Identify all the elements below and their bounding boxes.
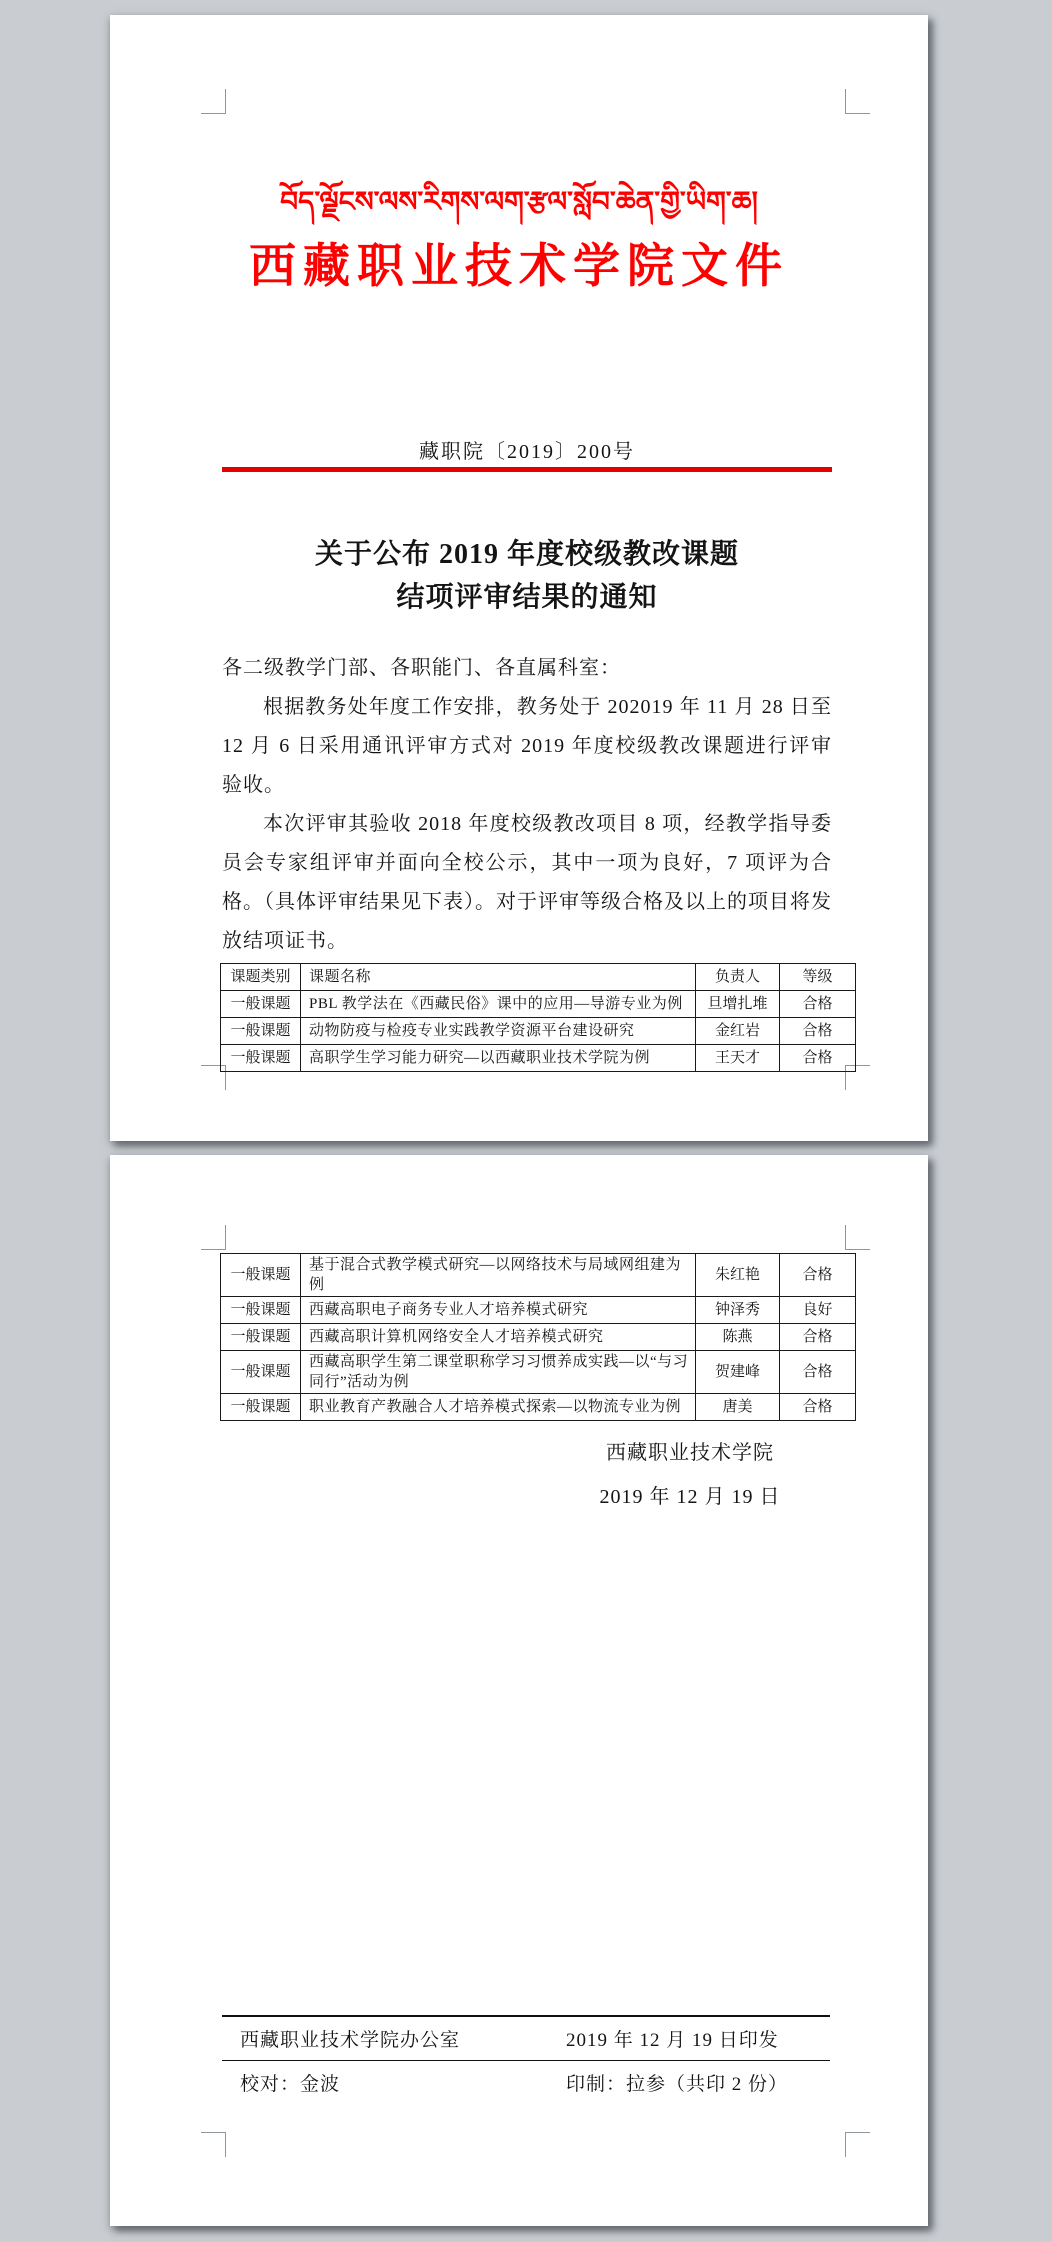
margin-mark-bottom-right-icon [845, 2132, 870, 2157]
cell-category: 一般课题 [221, 1297, 301, 1324]
table-row: 一般课题 西藏高职计算机网络安全人才培养模式研究 陈燕 合格 [221, 1324, 856, 1351]
results-table-page1: 课题类别 课题名称 负责人 等级 一般课题 PBL 教学法在《西藏民俗》课中的应… [220, 963, 856, 1072]
cell-category: 一般课题 [221, 991, 301, 1018]
red-divider-rule [222, 467, 832, 472]
document-page-2: 一般课题 基于混合式教学模式研究—以网络技术与局域网组建为例 朱红艳 合格 一般… [110, 1155, 928, 2226]
margin-mark-top-left-icon [201, 89, 226, 114]
table-row: 一般课题 西藏高职电子商务专业人才培养模式研究 钟泽秀 良好 [221, 1297, 856, 1324]
cell-grade: 合格 [780, 991, 856, 1018]
cell-name: 西藏高职电子商务专业人才培养模式研究 [301, 1297, 696, 1324]
tibetan-header: བོད་ལྗོངས་ལས་རིགས་ལག་རྩལ་སློབ་ཆེན་གྱི་ཡི… [162, 185, 876, 219]
cell-leader: 王天才 [696, 1045, 780, 1072]
cell-grade: 良好 [780, 1297, 856, 1324]
margin-mark-top-right-icon [845, 1225, 870, 1250]
signature-block: 西藏职业技术学院 2019 年 12 月 19 日 [540, 1431, 840, 1519]
body-text: 各二级教学门部、各职能门、各直属科室： 根据教务处年度工作安排，教务处于 202… [222, 649, 832, 961]
cell-name: 动物防疫与检疫专业实践教学资源平台建设研究 [301, 1018, 696, 1045]
cell-category: 一般课题 [221, 1254, 301, 1297]
results-table-page2: 一般课题 基于混合式教学模式研究—以网络技术与局域网组建为例 朱红艳 合格 一般… [220, 1253, 856, 1421]
table-row: 一般课题 高职学生学习能力研究—以西藏职业技术学院为例 王天才 合格 [221, 1045, 856, 1072]
signature-org: 西藏职业技术学院 [540, 1431, 840, 1475]
document-viewer-canvas: { "colors": { "header_red": "#ff0000", "… [0, 0, 1052, 2242]
table-row: 一般课题 职业教育产教融合人才培养模式探索—以物流专业为例 唐美 合格 [221, 1394, 856, 1421]
cell-grade: 合格 [780, 1324, 856, 1351]
paragraph-1: 根据教务处年度工作安排，教务处于 202019 年 11 月 28 日至 12 … [222, 688, 832, 805]
cell-leader: 朱红艳 [696, 1254, 780, 1297]
org-letterhead-title: 西藏职业技术学院文件 [162, 239, 876, 295]
margin-mark-bottom-left-icon [201, 2132, 226, 2157]
cell-leader: 唐美 [696, 1394, 780, 1421]
table-header-row: 课题类别 课题名称 负责人 等级 [221, 964, 856, 991]
document-page-1: བོད་ལྗོངས་ལས་རིགས་ལག་རྩལ་སློབ་ཆེན་གྱི་ཡི… [110, 15, 928, 1141]
footer-proofread: 校对：金波 [240, 2069, 566, 2096]
cell-leader: 贺建峰 [696, 1351, 780, 1394]
cell-name: 高职学生学习能力研究—以西藏职业技术学院为例 [301, 1045, 696, 1072]
table-row: 一般课题 动物防疫与检疫专业实践教学资源平台建设研究 金红岩 合格 [221, 1018, 856, 1045]
doc-title-line2: 结项评审结果的通知 [202, 576, 852, 619]
document-footer: 西藏职业技术学院办公室 2019 年 12 月 19 日印发 校对：金波 印制：… [222, 2015, 830, 2104]
cell-category: 一般课题 [221, 1018, 301, 1045]
footer-print-info: 印制：拉参（共印 2 份） [566, 2069, 828, 2096]
header-category: 课题类别 [221, 964, 301, 991]
doc-number: 藏职院〔2019〕200号 [222, 435, 832, 464]
cell-category: 一般课题 [221, 1394, 301, 1421]
cell-leader: 旦增扎堆 [696, 991, 780, 1018]
salutation: 各二级教学门部、各职能门、各直属科室： [222, 649, 832, 688]
header-grade: 等级 [780, 964, 856, 991]
cell-category: 一般课题 [221, 1351, 301, 1394]
table-row: 一般课题 西藏高职学生第二课堂职称学习习惯养成实践—以“与习同行”活动为例 贺建… [221, 1351, 856, 1394]
cell-name: 职业教育产教融合人才培养模式探索—以物流专业为例 [301, 1394, 696, 1421]
footer-row-2: 校对：金波 印制：拉参（共印 2 份） [222, 2061, 830, 2104]
cell-category: 一般课题 [221, 1045, 301, 1072]
margin-mark-top-left-icon [201, 1225, 226, 1250]
signature-date: 2019 年 12 月 19 日 [540, 1475, 840, 1519]
cell-name: 西藏高职学生第二课堂职称学习习惯养成实践—以“与习同行”活动为例 [301, 1351, 696, 1394]
cell-grade: 合格 [780, 1394, 856, 1421]
table-row: 一般课题 PBL 教学法在《西藏民俗》课中的应用—导游专业为例 旦增扎堆 合格 [221, 991, 856, 1018]
cell-name: 基于混合式教学模式研究—以网络技术与局域网组建为例 [301, 1254, 696, 1297]
cell-grade: 合格 [780, 1351, 856, 1394]
doc-title-line1: 关于公布 2019 年度校级教改课题 [202, 533, 852, 576]
cell-leader: 钟泽秀 [696, 1297, 780, 1324]
cell-grade: 合格 [780, 1018, 856, 1045]
margin-mark-top-right-icon [845, 89, 870, 114]
footer-office: 西藏职业技术学院办公室 [240, 2025, 566, 2052]
footer-row-1: 西藏职业技术学院办公室 2019 年 12 月 19 日印发 [222, 2017, 830, 2061]
table-row: 一般课题 基于混合式教学模式研究—以网络技术与局域网组建为例 朱红艳 合格 [221, 1254, 856, 1297]
cell-name: 西藏高职计算机网络安全人才培养模式研究 [301, 1324, 696, 1351]
cell-name: PBL 教学法在《西藏民俗》课中的应用—导游专业为例 [301, 991, 696, 1018]
cell-leader: 金红岩 [696, 1018, 780, 1045]
paragraph-2: 本次评审其验收 2018 年度校级教改项目 8 项，经教学指导委员会专家组评审并… [222, 805, 832, 961]
doc-title: 关于公布 2019 年度校级教改课题 结项评审结果的通知 [202, 533, 852, 619]
header-leader: 负责人 [696, 964, 780, 991]
cell-leader: 陈燕 [696, 1324, 780, 1351]
cell-category: 一般课题 [221, 1324, 301, 1351]
header-name: 课题名称 [301, 964, 696, 991]
cell-grade: 合格 [780, 1045, 856, 1072]
footer-print-date: 2019 年 12 月 19 日印发 [566, 2025, 828, 2052]
cell-grade: 合格 [780, 1254, 856, 1297]
